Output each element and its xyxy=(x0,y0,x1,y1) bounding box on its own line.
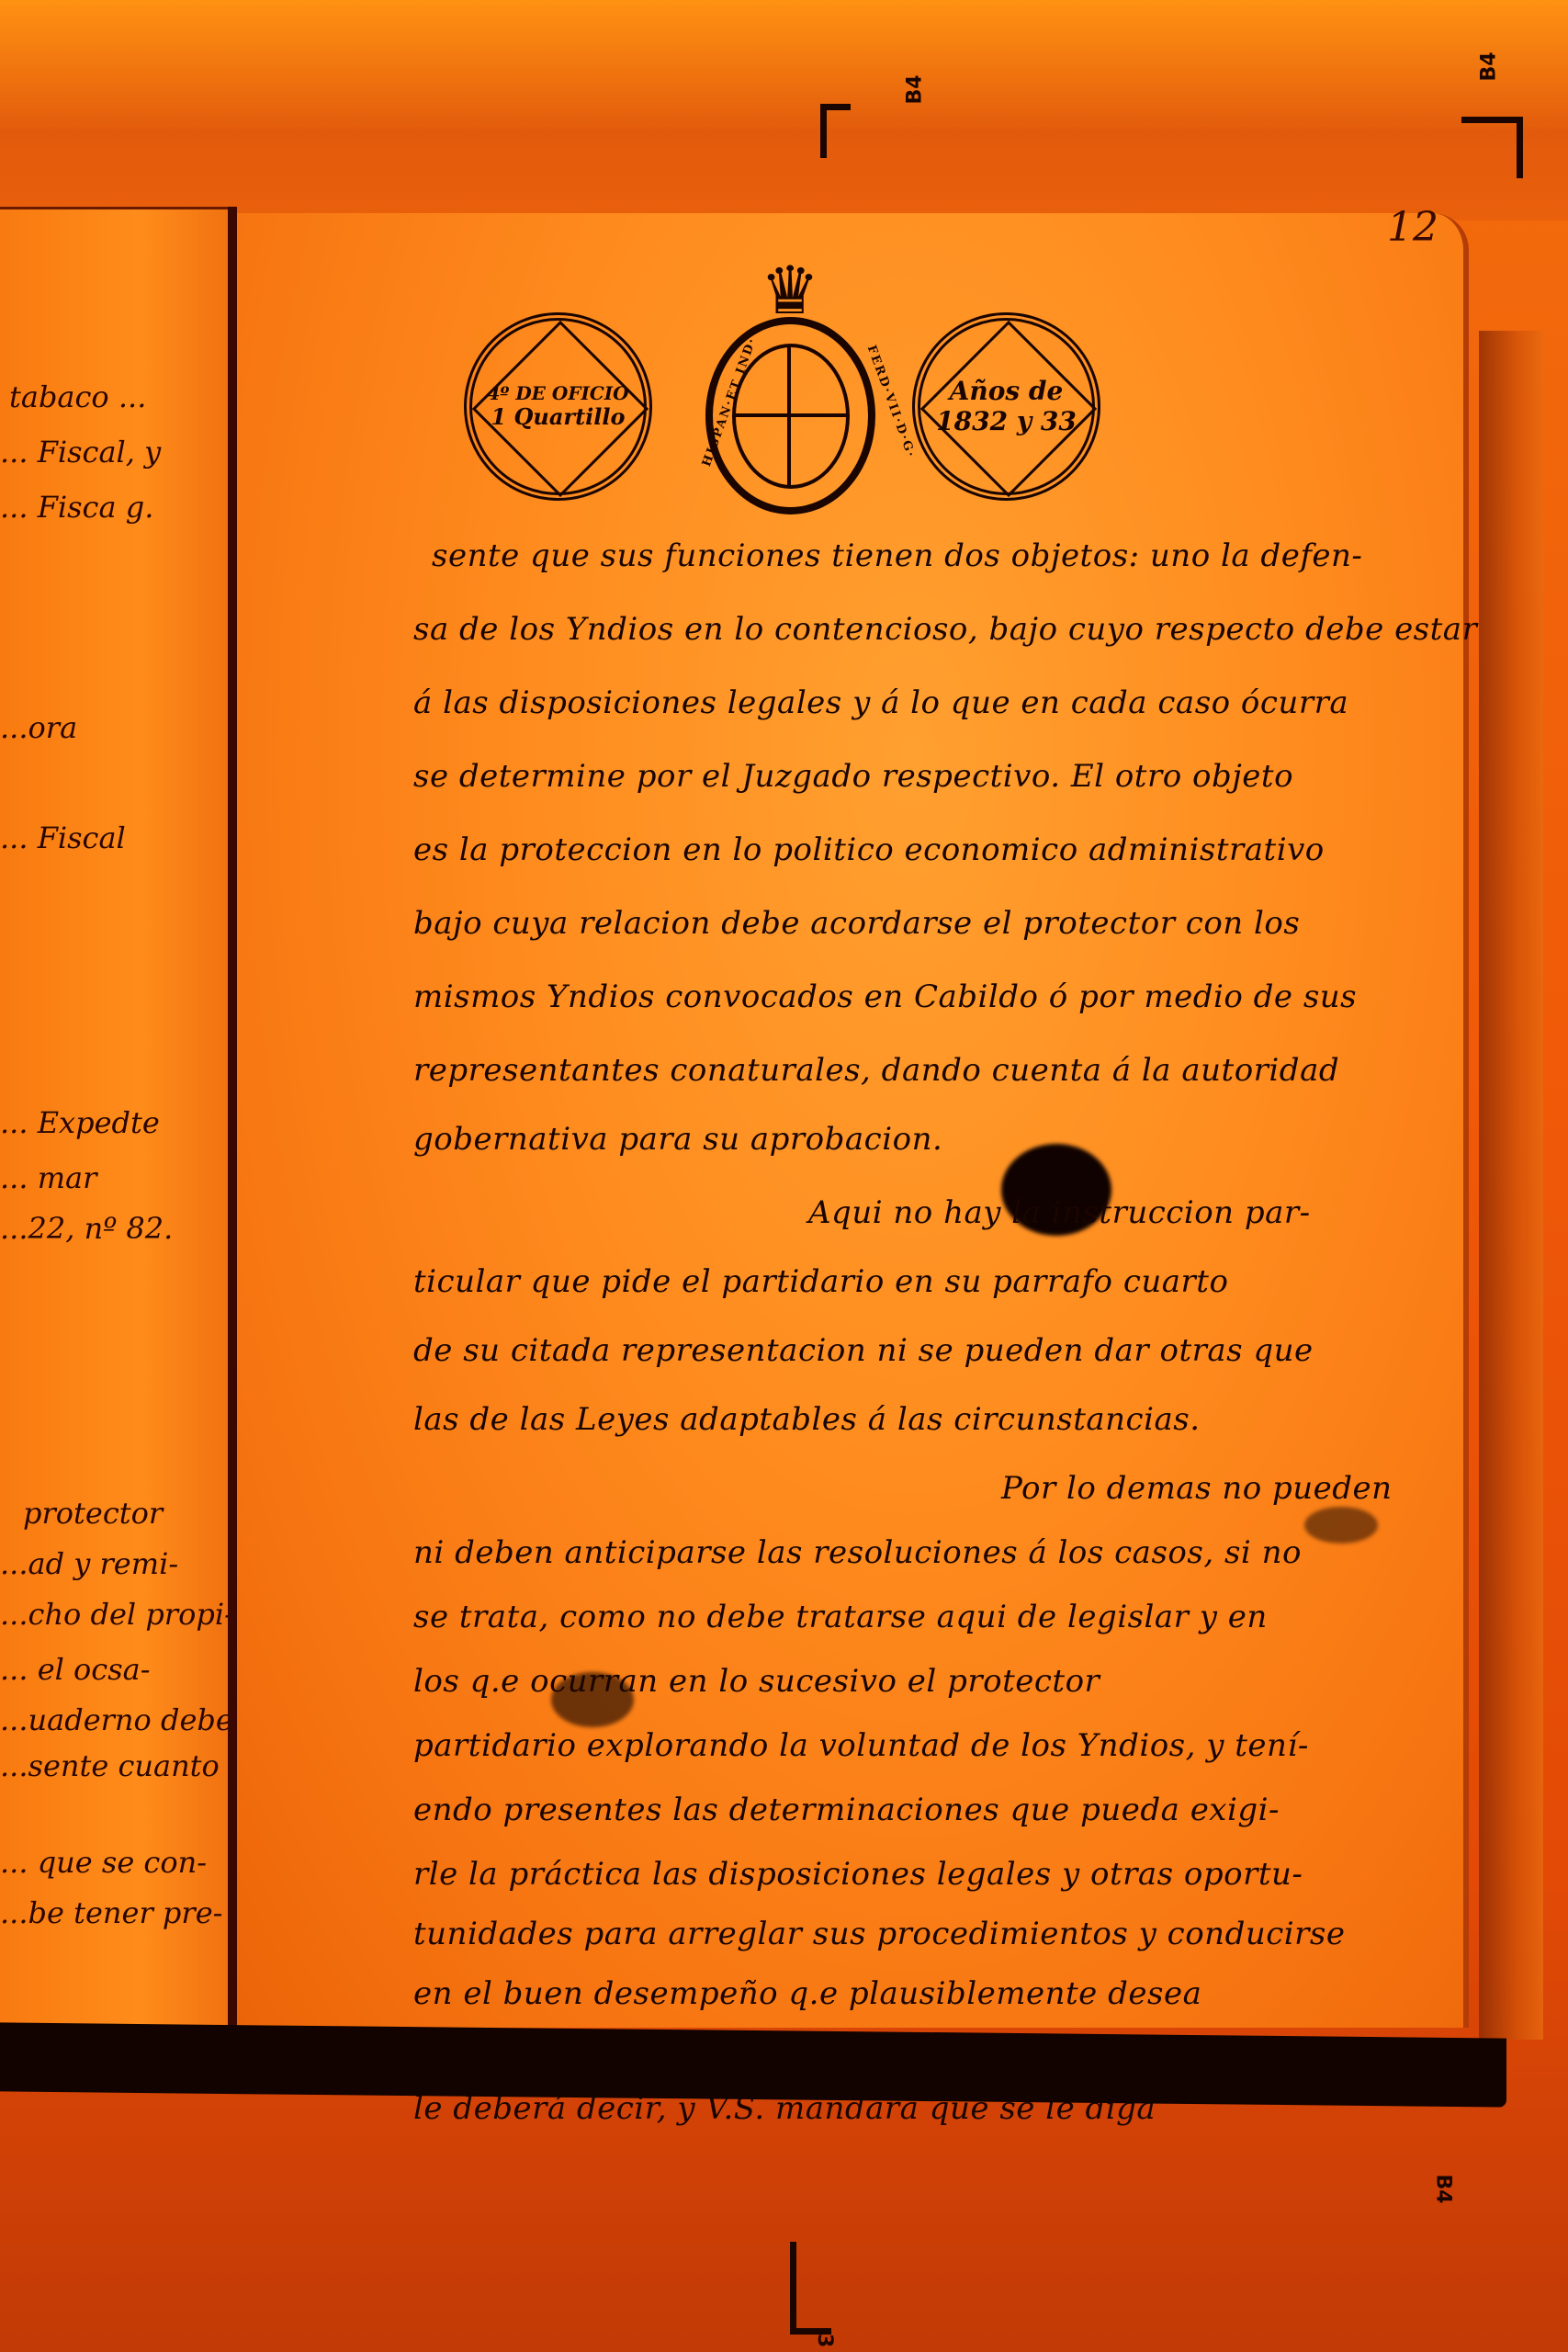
manuscript-line: sente que sus funciones tienen dos objet… xyxy=(432,537,1362,574)
left-fragment: ... Expedte xyxy=(0,1105,160,1140)
manuscript-line: las de las Leyes adaptables á las circun… xyxy=(413,1401,1201,1438)
scan-marker-bottom-right: B4 xyxy=(1432,2174,1455,2203)
seal-years-label: Años de xyxy=(950,377,1064,406)
page-stack-edge xyxy=(1479,331,1543,2040)
scan-marker-top-right: B4 xyxy=(1478,51,1501,81)
manuscript-line: Por lo demas no pueden xyxy=(1001,1470,1393,1507)
manuscript-line: á las disposiciones legales y á lo que e… xyxy=(413,684,1348,721)
manuscript-line: bajo cuya relacion debe acordarse el pro… xyxy=(413,905,1300,942)
page-bottom-shadow xyxy=(0,2022,1506,2107)
manuscript-line: se determine por el Juzgado respectivo. … xyxy=(413,758,1293,795)
seal-left-medallion: 4º DE OFICIO 1 Quartillo xyxy=(464,312,652,501)
seal-class: 4º DE OFICIO xyxy=(487,383,628,404)
left-fragment: ...ora xyxy=(0,710,77,745)
manuscript-line: endo presentes las determinaciones que p… xyxy=(413,1792,1280,1828)
manuscript-line: mismos Yndios convocados en Cabildo ó po… xyxy=(413,978,1357,1015)
left-fragment: protector xyxy=(23,1496,163,1531)
left-fragment: ... el ocsa- xyxy=(0,1652,151,1687)
manuscript-line: en el buen desempeño q.e plausiblemente … xyxy=(413,1975,1201,2012)
crop-mark-top-right xyxy=(1461,117,1523,178)
manuscript-line: ni deben anticiparse las resoluciones á … xyxy=(413,1534,1302,1571)
crown-icon: ♛ xyxy=(744,257,836,326)
manuscript-line: de su citada representacion ni se pueden… xyxy=(413,1332,1314,1369)
left-fragment: ... Fiscal, y xyxy=(0,435,161,469)
left-fragment: ...uaderno debe xyxy=(0,1702,233,1737)
manuscript-line: ticular que pide el partidario en su par… xyxy=(413,1263,1228,1300)
scan-marker-top-center: B4 xyxy=(904,74,927,104)
manuscript-line: partidario explorando la voluntad de los… xyxy=(413,1727,1309,1764)
left-fragment: ... Fiscal xyxy=(0,820,126,855)
left-fragment: ... que se con- xyxy=(0,1845,207,1880)
left-fragment: ...sente cuanto xyxy=(0,1748,220,1783)
stamped-paper-seal: ♛ 4º DE OFICIO 1 Quartillo HISPAN·ET IND… xyxy=(464,257,1162,524)
left-fragment: tabaco ... xyxy=(9,379,146,414)
manuscript-line: se trata, como no debe tratarse aqui de … xyxy=(413,1599,1268,1635)
seal-value: 1 Quartillo xyxy=(491,404,625,430)
manuscript-line: rle la práctica las disposiciones legale… xyxy=(413,1856,1303,1893)
seal-right-medallion: Años de 1832 y 33 xyxy=(912,312,1100,501)
left-fragment: ...be tener pre- xyxy=(0,1895,222,1930)
manuscript-line: sa de los Yndios en lo contencioso, bajo… xyxy=(413,611,1477,648)
manuscript-line: Aqui no hay la instruccion par- xyxy=(808,1194,1311,1231)
folio-number: 12 xyxy=(1387,204,1438,251)
ink-blot xyxy=(1304,1507,1378,1543)
seal-years: 1832 y 33 xyxy=(936,407,1077,436)
left-fragment: ...22, nº 82. xyxy=(0,1211,173,1246)
left-page: tabaco ... ... Fiscal, y ... Fisca g. ..… xyxy=(0,207,234,2047)
background-shadow xyxy=(0,0,1568,220)
left-fragment: ...cho del propi- xyxy=(0,1597,234,1632)
crop-mark-bottom-center xyxy=(790,2242,831,2335)
book-spine xyxy=(228,207,237,2035)
manuscript-line: es la proteccion en lo politico economic… xyxy=(413,831,1325,868)
crop-mark-top-center xyxy=(820,104,851,158)
manuscript-line: gobernativa para su aprobacion. xyxy=(413,1121,942,1158)
left-fragment: ... Fisca g. xyxy=(0,490,153,525)
manuscript-line: representantes conaturales, dando cuenta… xyxy=(413,1052,1339,1089)
scan-marker-bottom-center: 3 xyxy=(813,2334,836,2347)
left-fragment: ...ad y remi- xyxy=(0,1546,178,1581)
left-fragment: ... mar xyxy=(0,1160,96,1195)
manuscript-line: los q.e ocurran en lo sucesivo el protec… xyxy=(413,1663,1100,1700)
manuscript-line: tunidades para arreglar sus procedimient… xyxy=(413,1916,1345,1952)
